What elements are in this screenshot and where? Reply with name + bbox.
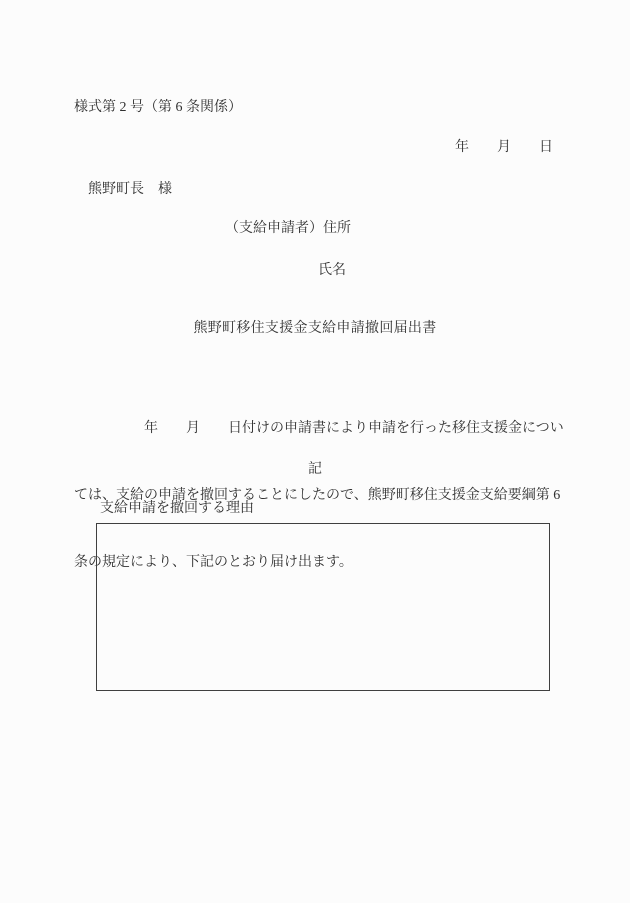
date-line: 年 月 日 bbox=[455, 136, 553, 156]
document-title: 熊野町移住支援金支給申請撤回届出書 bbox=[0, 317, 630, 337]
applicant-address-label: （支給申請者）住所 bbox=[225, 217, 351, 237]
applicant-name-label: 氏名 bbox=[318, 259, 346, 279]
body-line-1: 年 月 日付けの申請書により申請を行った移住支援金につい bbox=[74, 418, 568, 440]
addressee: 熊野町長 様 bbox=[88, 178, 172, 198]
record-marker: 記 bbox=[0, 458, 630, 478]
form-number: 様式第 2 号（第 6 条関係） bbox=[74, 96, 242, 116]
document-page: 様式第 2 号（第 6 条関係） 年 月 日 熊野町長 様 （支給申請者）住所 … bbox=[0, 0, 630, 903]
reason-input-box bbox=[96, 523, 550, 691]
reason-label: 支給申請を撤回する理由 bbox=[100, 497, 254, 517]
